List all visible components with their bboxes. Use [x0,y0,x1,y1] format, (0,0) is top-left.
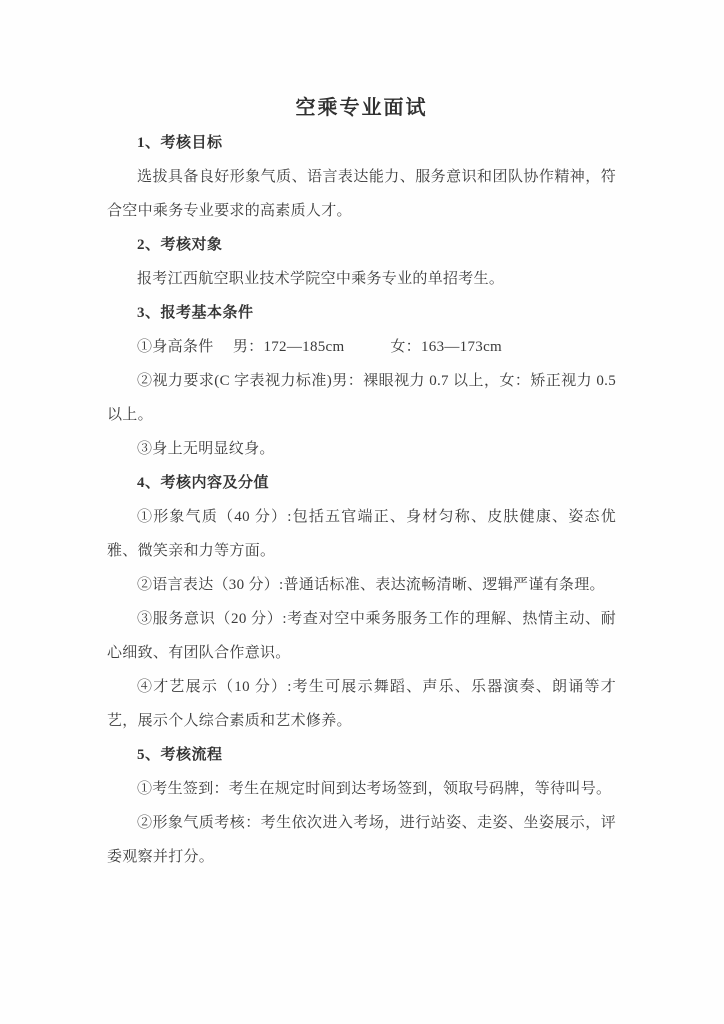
section-heading: 4、考核内容及分值 [107,466,616,500]
paragraph: 选拔具备良好形象气质、语言表达能力、服务意识和团队协作精神，符合空中乘务专业要求… [107,160,616,228]
section-content-and-scores: 4、考核内容及分值 ①形象气质（40 分）:包括五官端正、身材匀称、皮肤健康、姿… [107,466,616,738]
paragraph: ②视力要求(C 字表视力标准)男：裸眼视力 0.7 以上，女：矫正视力 0.5 … [107,364,616,432]
paragraph: ③服务意识（20 分）:考查对空中乘务服务工作的理解、热情主动、耐心细致、有团队… [107,602,616,670]
section-heading: 1、考核目标 [107,126,616,160]
section-assessment-goal: 1、考核目标 选拔具备良好形象气质、语言表达能力、服务意识和团队协作精神，符合空… [107,126,616,228]
section-assessment-process: 5、考核流程 ①考生签到：考生在规定时间到达考场签到，领取号码牌，等待叫号。 ②… [107,738,616,874]
section-heading: 3、报考基本条件 [107,296,616,330]
section-heading: 2、考核对象 [107,228,616,262]
document-title: 空乘专业面试 [107,90,616,126]
document-page: 空乘专业面试 1、考核目标 选拔具备良好形象气质、语言表达能力、服务意识和团队协… [0,0,724,1024]
section-assessment-target: 2、考核对象 报考江西航空职业技术学院空中乘务专业的单招考生。 [107,228,616,296]
paragraph: ④才艺展示（10 分）:考生可展示舞蹈、声乐、乐器演奏、朗诵等才艺，展示个人综合… [107,670,616,738]
paragraph: ①考生签到：考生在规定时间到达考场签到，领取号码牌，等待叫号。 [107,772,616,806]
paragraph: ②语言表达（30 分）:普通话标准、表达流畅清晰、逻辑严谨有条理。 [107,568,616,602]
paragraph: ①形象气质（40 分）:包括五官端正、身材匀称、皮肤健康、姿态优雅、微笑亲和力等… [107,500,616,568]
paragraph: ②形象气质考核：考生依次进入考场，进行站姿、走姿、坐姿展示，评委观察并打分。 [107,806,616,874]
paragraph: ①身高条件 男：172—185cm 女：163—173cm [107,330,616,364]
section-heading: 5、考核流程 [107,738,616,772]
paragraph: 报考江西航空职业技术学院空中乘务专业的单招考生。 [107,262,616,296]
section-basic-requirements: 3、报考基本条件 ①身高条件 男：172—185cm 女：163—173cm ②… [107,296,616,466]
paragraph: ③身上无明显纹身。 [107,432,616,466]
